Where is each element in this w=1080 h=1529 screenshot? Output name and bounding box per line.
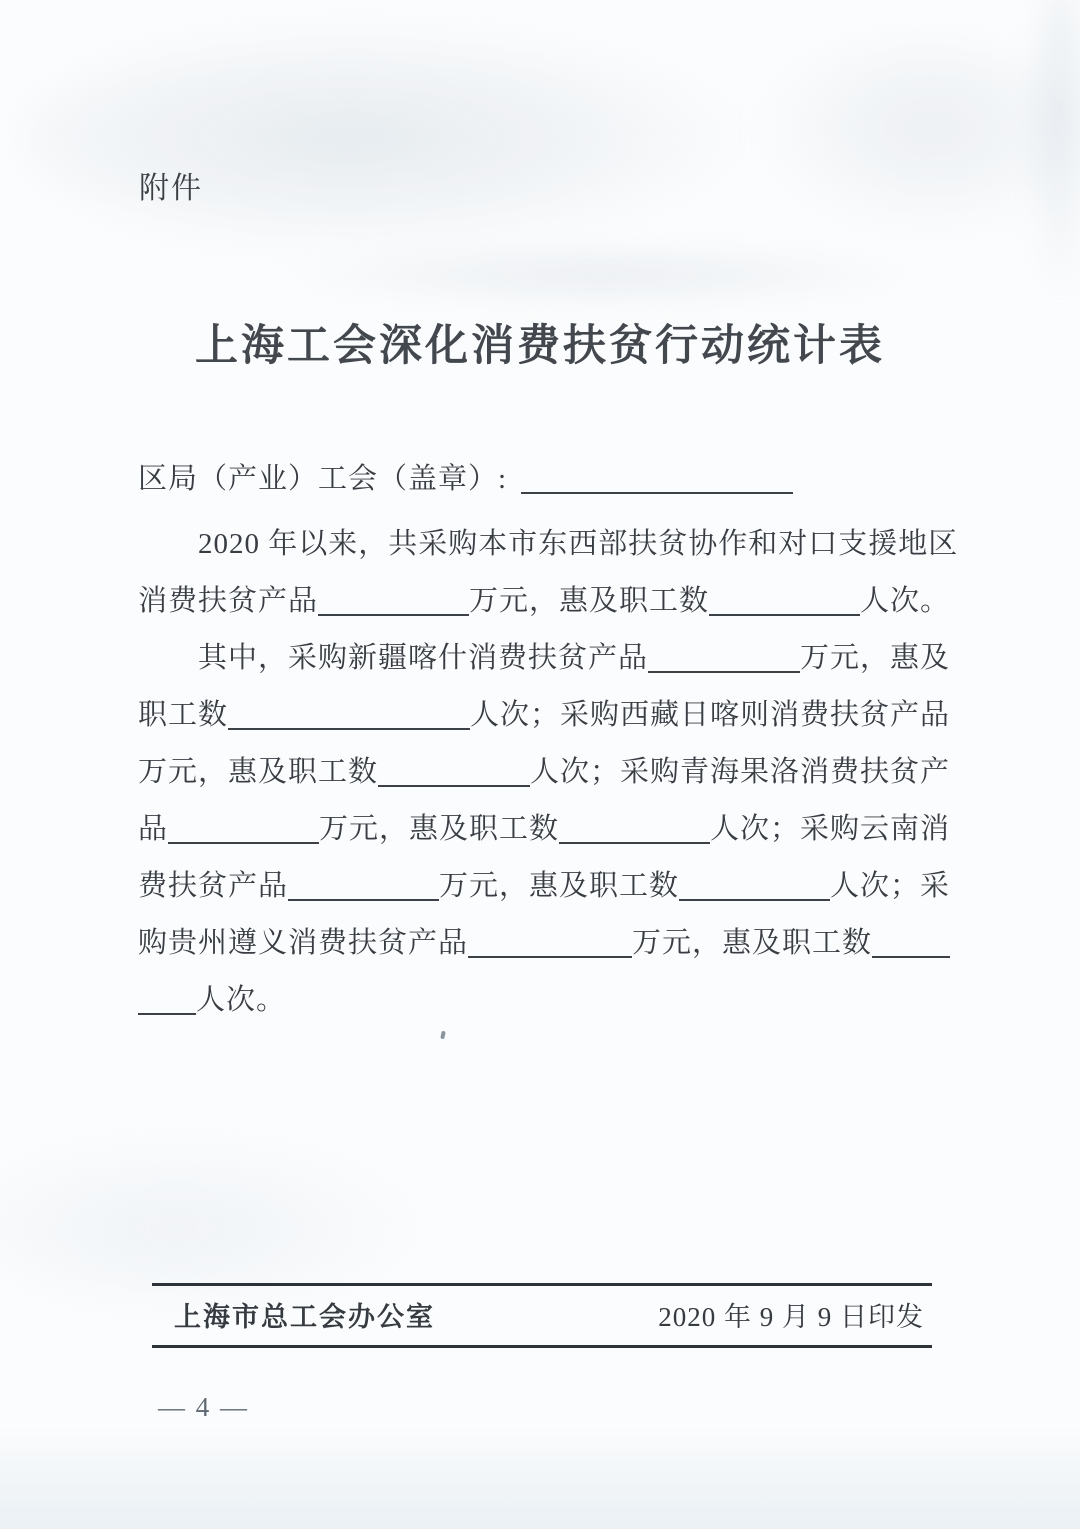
fill-in-blank <box>648 669 800 673</box>
scan-artifact <box>290 240 910 310</box>
form-text: 2020 年以来，共采购本市东西部扶贫协作和对口支援地区 <box>198 516 958 573</box>
footer-print-date: 2020 年 9 月 9 日印发 <box>658 1292 924 1342</box>
fill-in-blank <box>679 897 830 901</box>
scan-artifact <box>0 1425 1080 1529</box>
form-text: 消费扶贫产品 <box>138 573 318 630</box>
fill-in-blank <box>318 612 469 616</box>
form-line: 其中，采购新疆喀什消费扶贫产品万元，惠及 <box>138 630 950 687</box>
form-text: 人次；采 <box>830 858 950 915</box>
form-text: 人次；采购云南消 <box>710 801 950 858</box>
scan-speck <box>440 1031 446 1040</box>
form-line: 职工数人次；采购西藏日喀则消费扶贫产品 <box>138 687 950 744</box>
form-line: 消费扶贫产品万元，惠及职工数人次。 <box>138 573 950 630</box>
form-text: 万元，惠及职工数 <box>138 744 378 801</box>
footer-rule-top <box>152 1283 932 1286</box>
fill-in-blank <box>288 897 439 901</box>
form-text: 万元，惠及职工数 <box>319 801 559 858</box>
form-body: 区局（产业）工会（盖章）:2020 年以来，共采购本市东西部扶贫协作和对口支援地… <box>138 451 950 1029</box>
scan-artifact <box>20 20 750 255</box>
form-line: 区局（产业）工会（盖章）: <box>138 451 950 508</box>
attachment-label: 附件 <box>139 163 203 207</box>
footer-rule-bottom <box>152 1345 932 1348</box>
form-text: 万元，惠及职工数 <box>469 573 709 630</box>
fill-in-blank <box>168 840 319 844</box>
form-text: 购贵州遵义消费扶贫产品 <box>138 915 468 972</box>
form-text: 区局（产业）工会（盖章）: <box>138 451 507 508</box>
fill-in-blank <box>521 490 793 494</box>
form-text: 人次。 <box>196 972 286 1029</box>
form-text: 人次。 <box>860 573 950 630</box>
form-text: 职工数 <box>138 687 228 744</box>
scan-artifact <box>750 35 1080 240</box>
form-text: 万元，惠及职工数 <box>439 858 679 915</box>
page-number: — 4 — <box>158 1392 249 1423</box>
form-line: 万元，惠及职工数人次；采购青海果洛消费扶贫产 <box>138 744 950 801</box>
fill-in-blank <box>559 840 710 844</box>
form-line: 人次。 <box>138 972 950 1029</box>
form-text: 万元，惠及 <box>800 630 950 687</box>
form-text: 人次；采购青海果洛消费扶贫产 <box>530 744 950 801</box>
scanned-document-page: 附件 上海工会深化消费扶贫行动统计表 区局（产业）工会（盖章）:2020 年以来… <box>0 0 1080 1529</box>
fill-in-blank <box>378 783 530 787</box>
document-title: 上海工会深化消费扶贫行动统计表 <box>0 312 1080 373</box>
fill-in-blank <box>468 954 632 958</box>
footer-issuer: 上海市总工会办公室 <box>174 1292 435 1342</box>
form-text: 其中，采购新疆喀什消费扶贫产品 <box>198 630 648 687</box>
form-line: 2020 年以来，共采购本市东西部扶贫协作和对口支援地区 <box>138 516 950 573</box>
form-text: 品 <box>138 801 168 858</box>
form-text: 万元，惠及职工数 <box>632 915 872 972</box>
fill-in-blank <box>138 1011 196 1015</box>
fill-in-blank <box>709 612 860 616</box>
form-line: 购贵州遵义消费扶贫产品万元，惠及职工数 <box>138 915 950 972</box>
form-line: 品万元，惠及职工数人次；采购云南消 <box>138 801 950 858</box>
form-text: 人次；采购西藏日喀则消费扶贫产品 <box>470 687 950 744</box>
scan-artifact <box>1030 0 1080 300</box>
footer-row: 上海市总工会办公室 2020 年 9 月 9 日印发 <box>152 1292 932 1342</box>
form-line: 费扶贫产品万元，惠及职工数人次；采 <box>138 858 950 915</box>
fill-in-blank <box>872 954 950 958</box>
form-text: 费扶贫产品 <box>138 858 288 915</box>
fill-in-blank <box>228 726 470 730</box>
